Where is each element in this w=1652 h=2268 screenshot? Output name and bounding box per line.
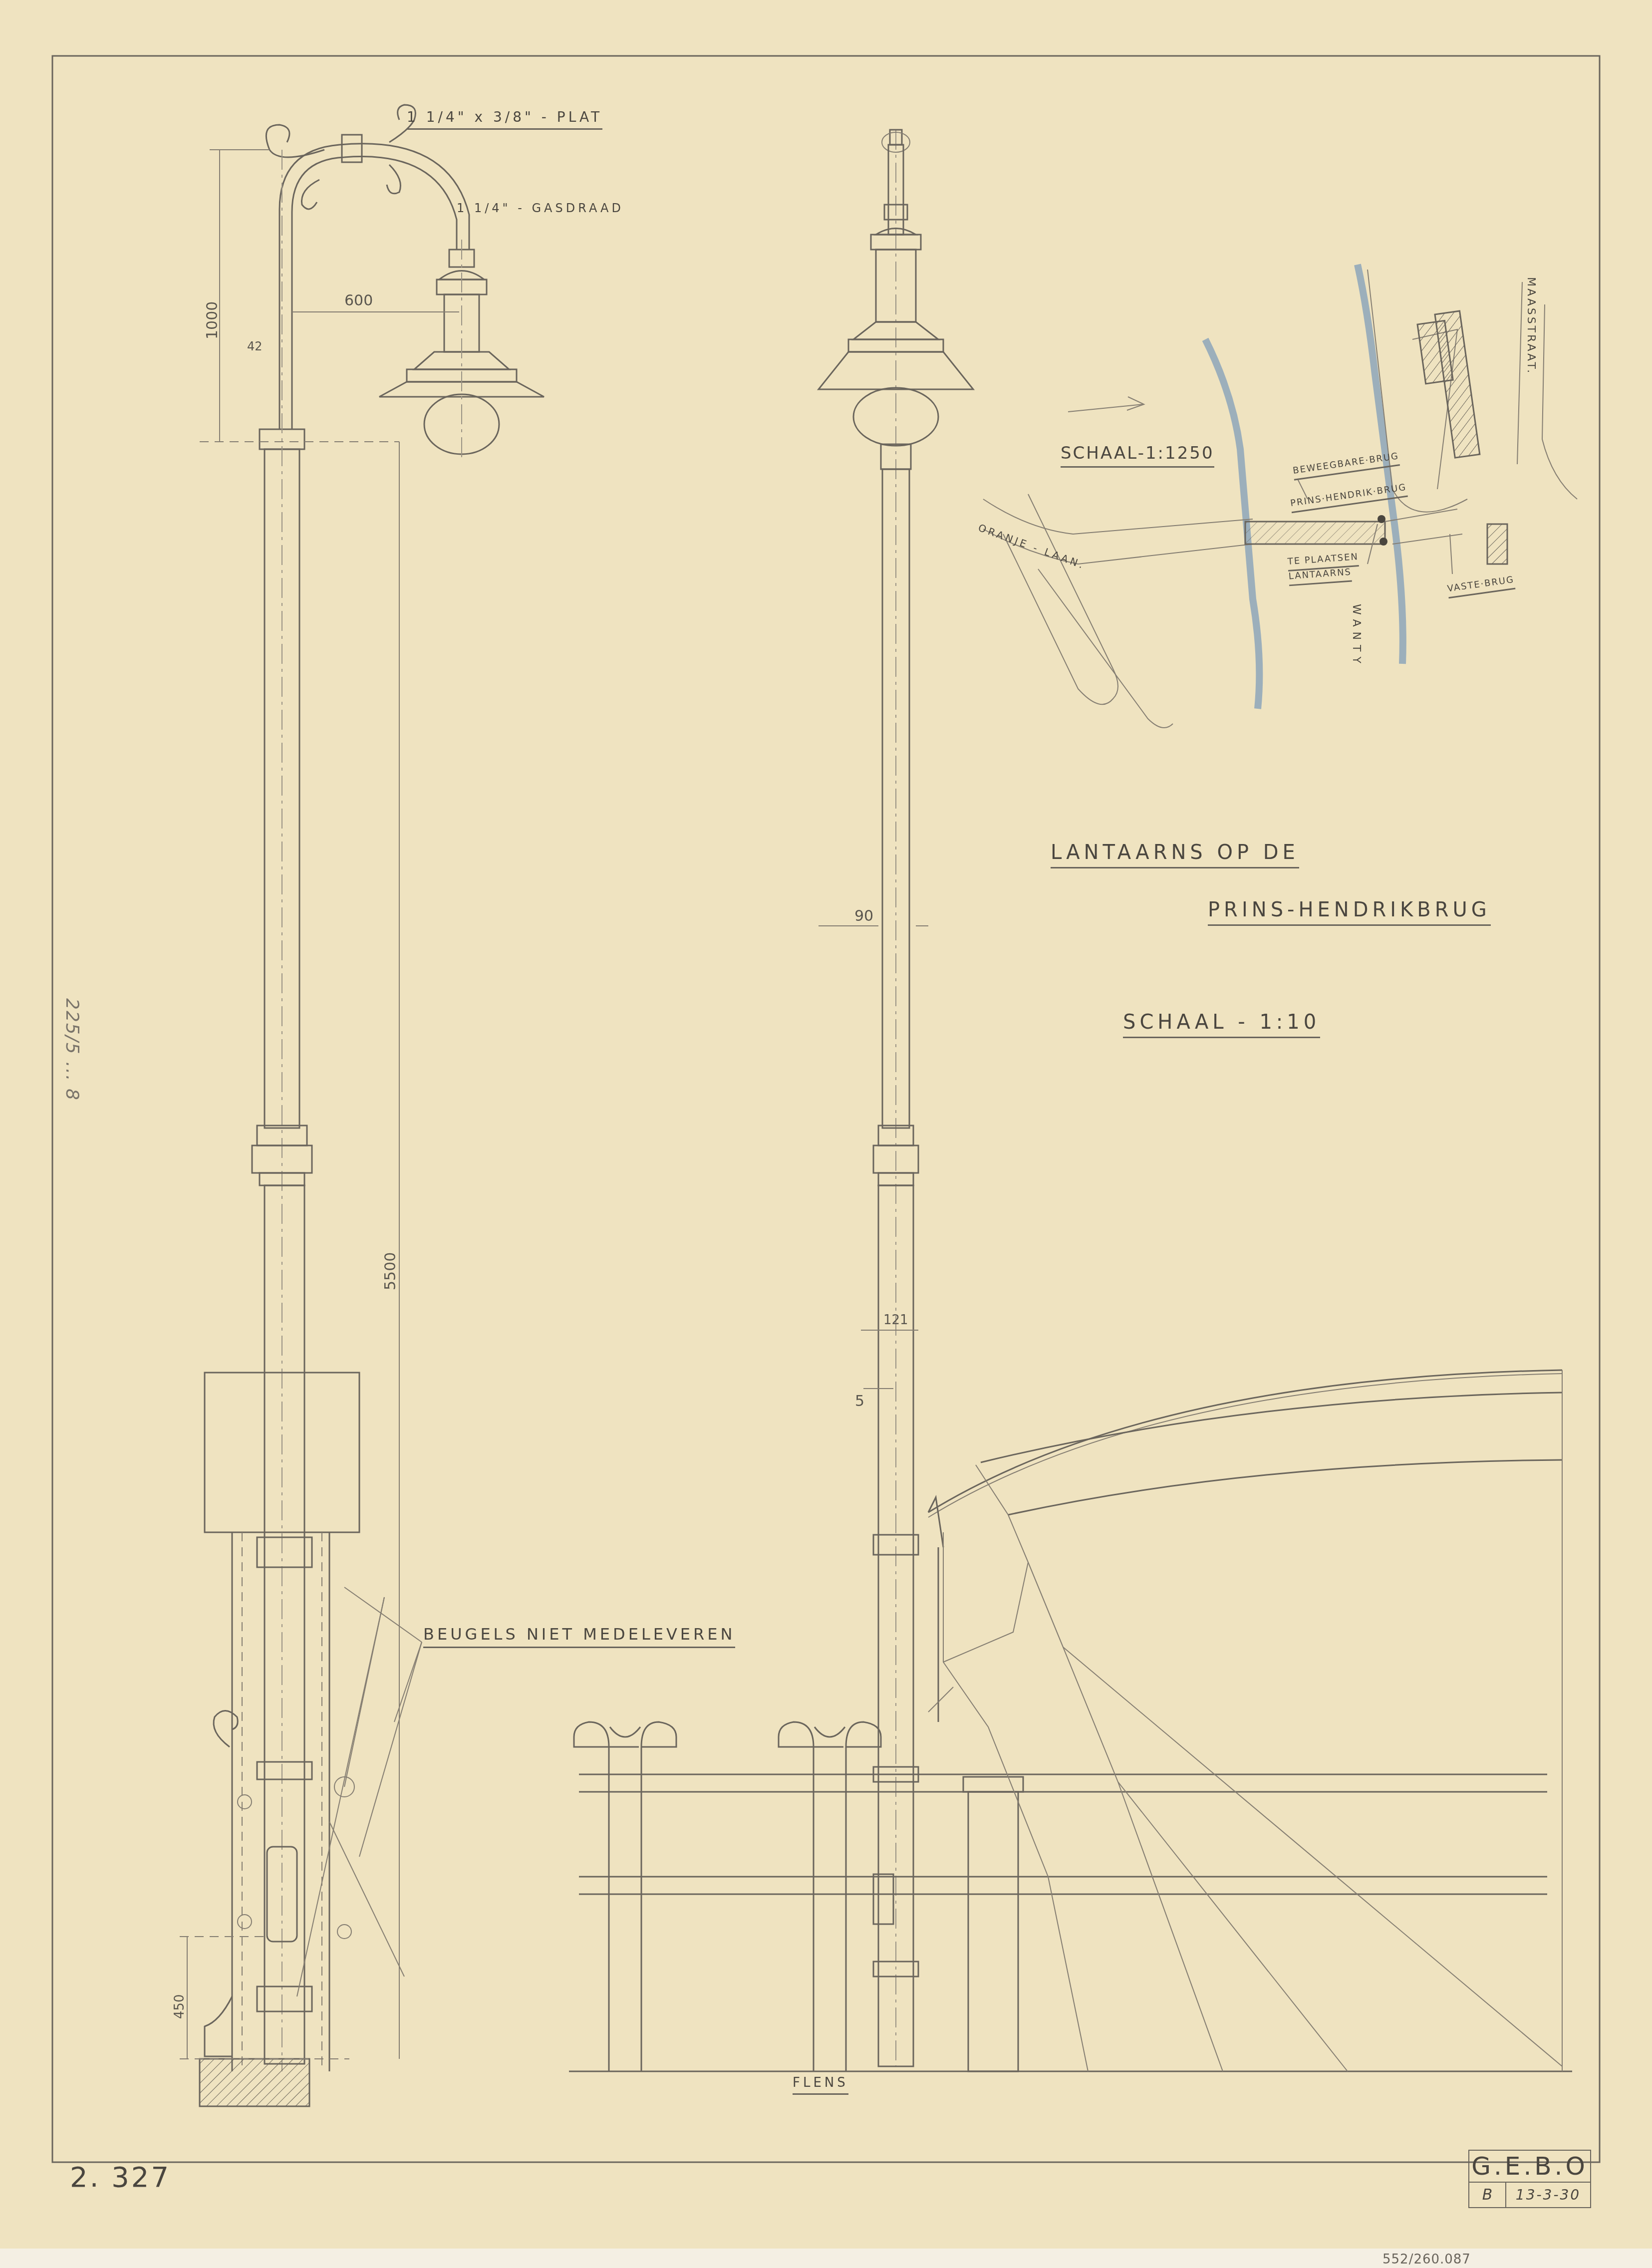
site-plan-scale-label: SCHAAL-1:1250 bbox=[1061, 443, 1214, 468]
title-block-firm: G.E.B.O bbox=[1469, 2151, 1590, 2183]
title-line-2: PRINS-HENDRIKBRUG bbox=[1208, 898, 1491, 926]
left-lamppost bbox=[180, 105, 544, 2106]
water-wantij-label: WANTY bbox=[1350, 604, 1363, 668]
title-line-1: LANTAARNS OP DE bbox=[1051, 841, 1299, 868]
wall-thickness-dimension: 5 bbox=[855, 1393, 864, 1410]
brackets-note-label: BEUGELS NIET MEDELEVEREN bbox=[423, 1625, 735, 1648]
archive-number: 552/260.087 bbox=[1382, 2252, 1471, 2267]
shaft-diameter-dimension: 90 bbox=[854, 907, 873, 925]
title-block-date: 13-3-30 bbox=[1506, 2183, 1590, 2207]
bridge-railing bbox=[569, 1722, 1572, 2071]
drawing-number: 2. 327 bbox=[70, 2161, 171, 2194]
title-block-initials: B bbox=[1469, 2183, 1506, 2207]
pole-height-dimension: 5500 bbox=[382, 1252, 399, 1290]
street-maasstraat-label: MAASSTRAAT. bbox=[1525, 277, 1537, 375]
lower-shaft-diameter-dimension: 121 bbox=[883, 1313, 908, 1328]
top-pipe-diameter-dimension: 42 bbox=[247, 339, 263, 353]
site-plan bbox=[983, 265, 1577, 728]
flange-label: FLENS bbox=[793, 2075, 848, 2095]
drawing-scale-label: SCHAAL - 1:10 bbox=[1123, 1011, 1320, 1038]
bridge-deck-hatch bbox=[1245, 522, 1385, 544]
arm-reach-dimension: 600 bbox=[344, 292, 373, 309]
center-lamppost bbox=[819, 130, 973, 2066]
title-block: G.E.B.O B 13-3-30 bbox=[1468, 2150, 1591, 2208]
handwritten-margin-note: 225/5 ... 8 bbox=[62, 998, 82, 1101]
pipe-spec-label: 1 1/4" - GASDRAAD bbox=[457, 201, 624, 215]
arm-material-label: 1 1/4" x 3/8" - PLAT bbox=[407, 109, 602, 130]
bridge-arch bbox=[928, 1370, 1562, 2071]
base-height-dimension: 450 bbox=[172, 1994, 187, 2019]
arm-height-dimension: 1000 bbox=[204, 301, 221, 339]
